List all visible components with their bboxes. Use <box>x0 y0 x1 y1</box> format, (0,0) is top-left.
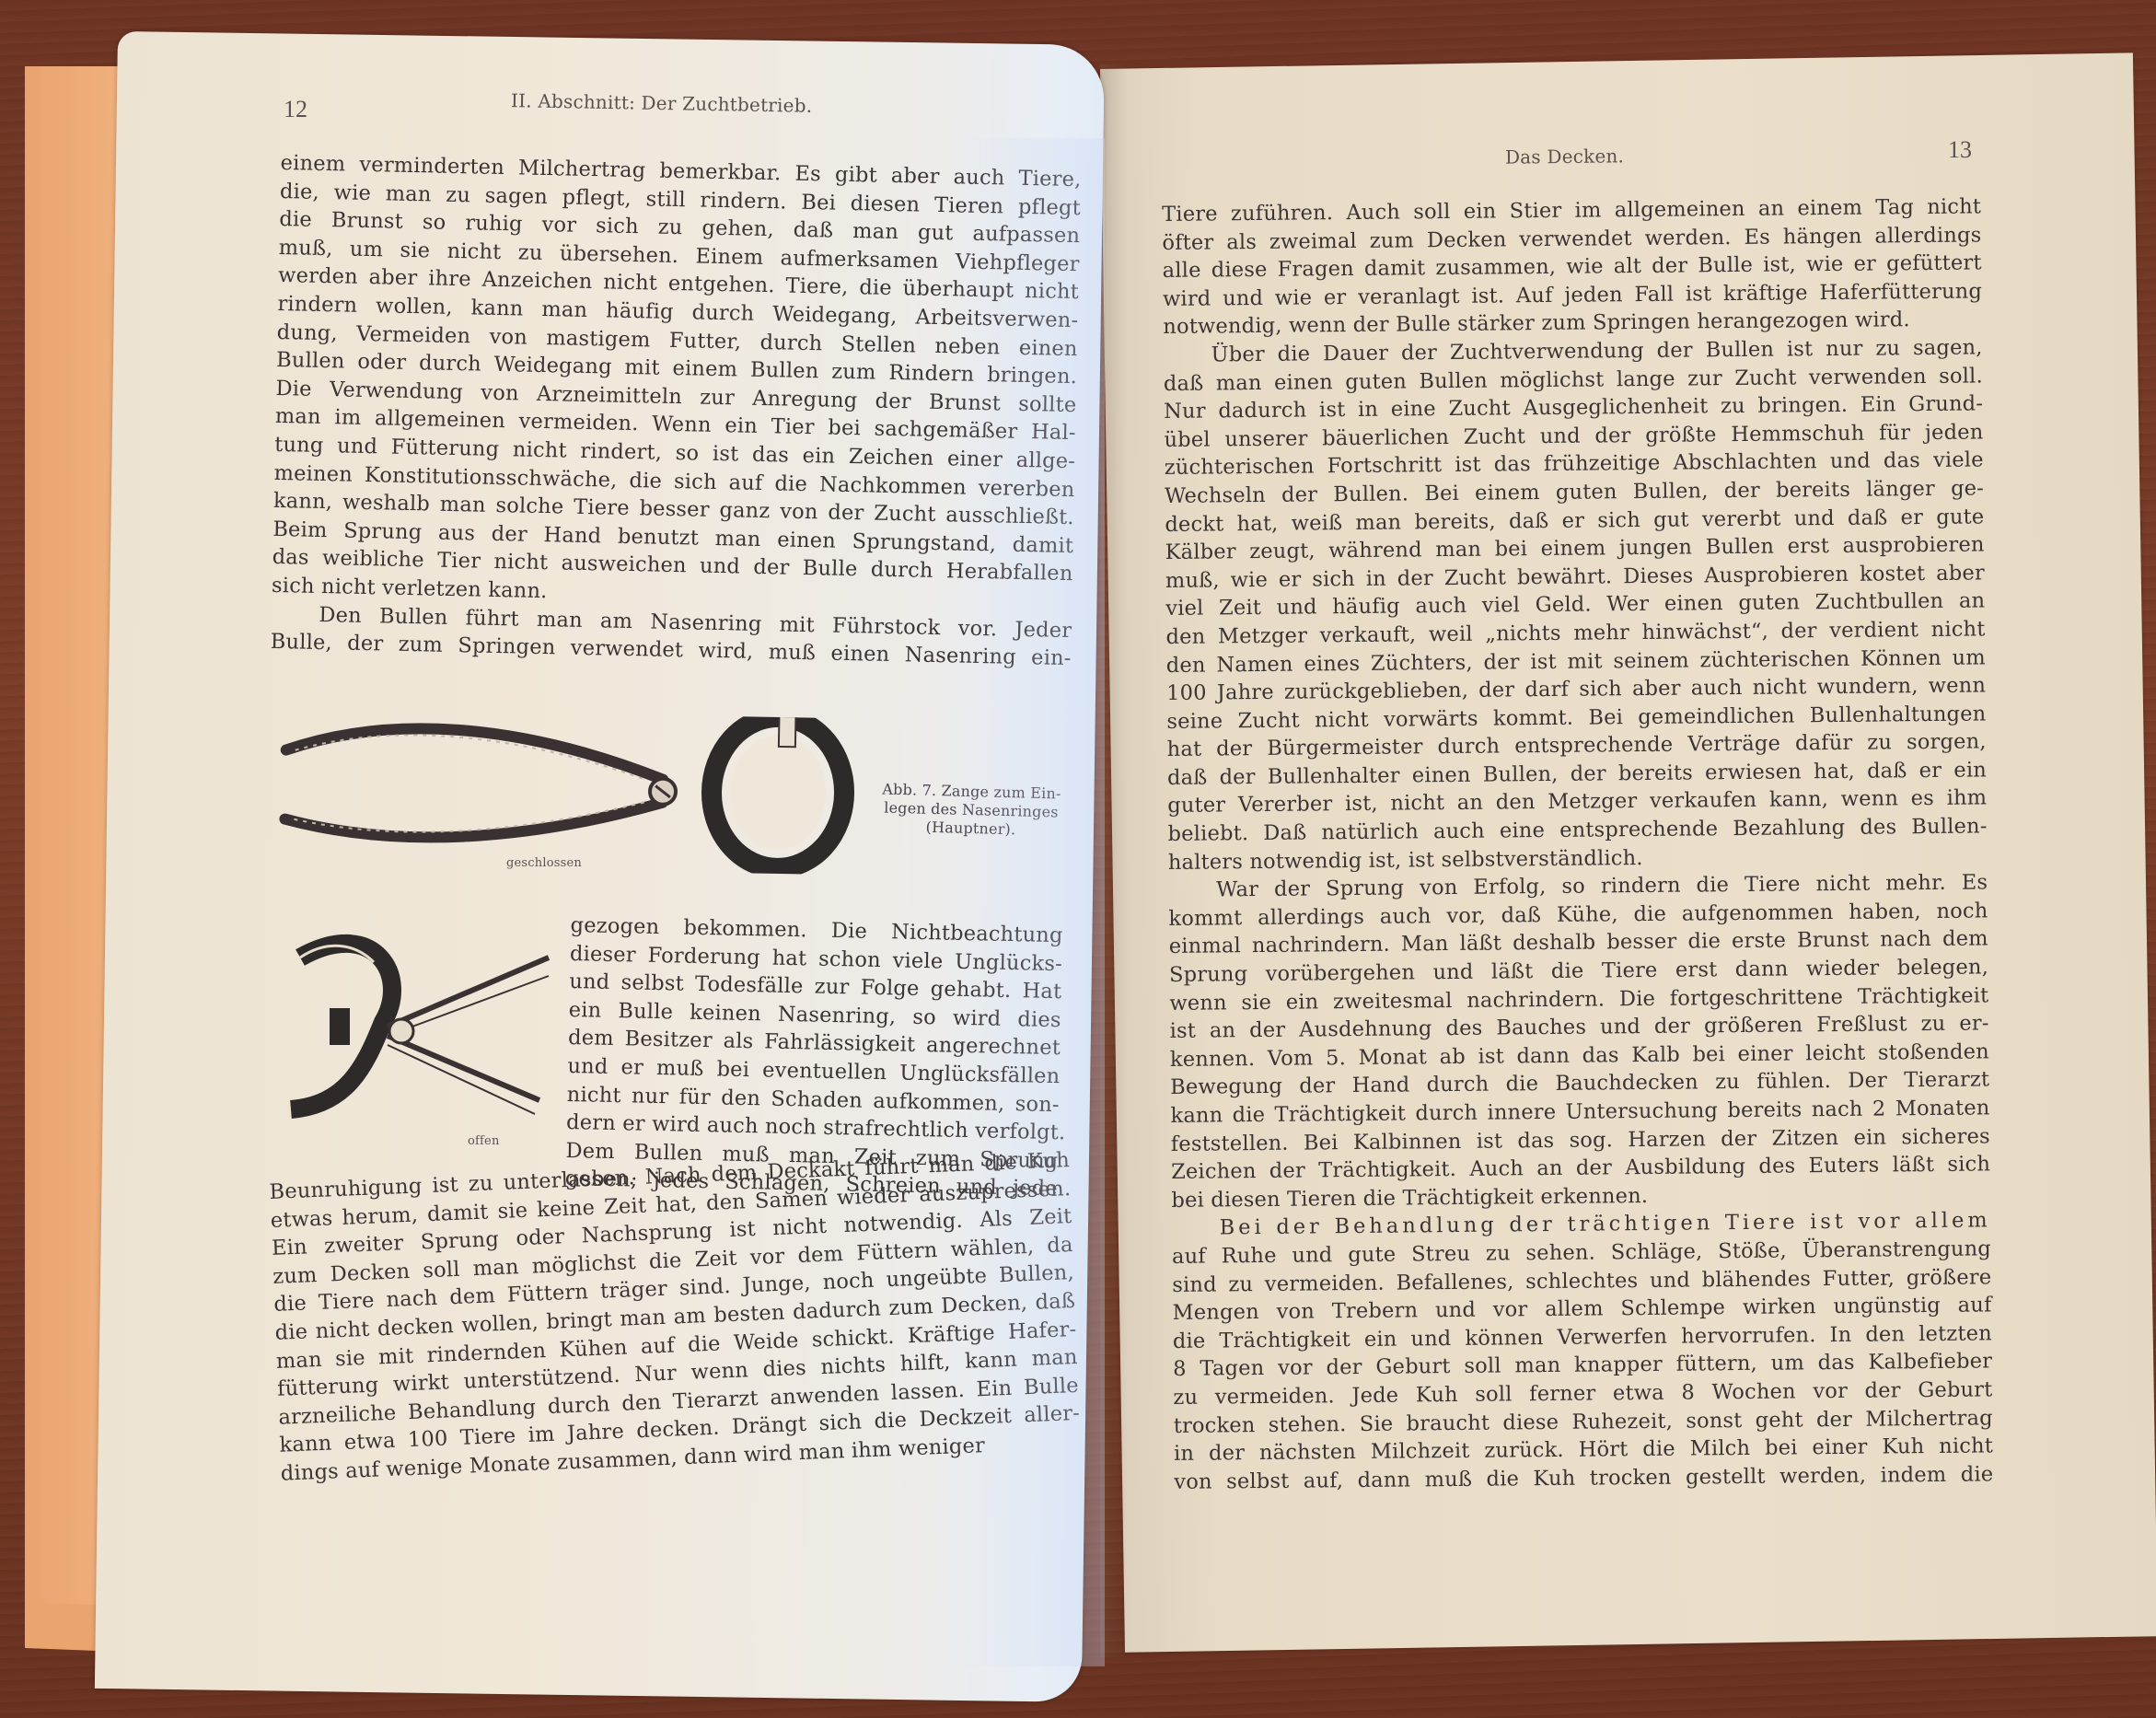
figure-caption: Abb. 7. Zange zum Ein- legen des Nasenri… <box>864 780 1077 841</box>
figure-pliers-open <box>272 921 558 1142</box>
spine-shadow <box>1100 64 1128 1657</box>
figure-pliers-closed <box>275 708 867 875</box>
figure-label-closed: geschlossen <box>506 856 582 870</box>
right-running-head: Das Decken. <box>1505 145 1624 168</box>
left-page-body-bottom: Beunruhigung ist zu unterlassen. Nach de… <box>269 1146 1082 1488</box>
pliers-closed-illustration <box>275 708 867 875</box>
left-page-body-top: einem verminderten Milchertrag bemerkbar… <box>270 149 1081 673</box>
right-page-body: Tiere zuführen. Auch soll ein Stier im a… <box>1162 192 1993 1496</box>
figure-label-open: offen <box>468 1134 500 1148</box>
right-page-number: 13 <box>1948 136 1972 164</box>
left-page-number: 12 <box>284 96 307 123</box>
pliers-open-illustration <box>272 921 558 1142</box>
